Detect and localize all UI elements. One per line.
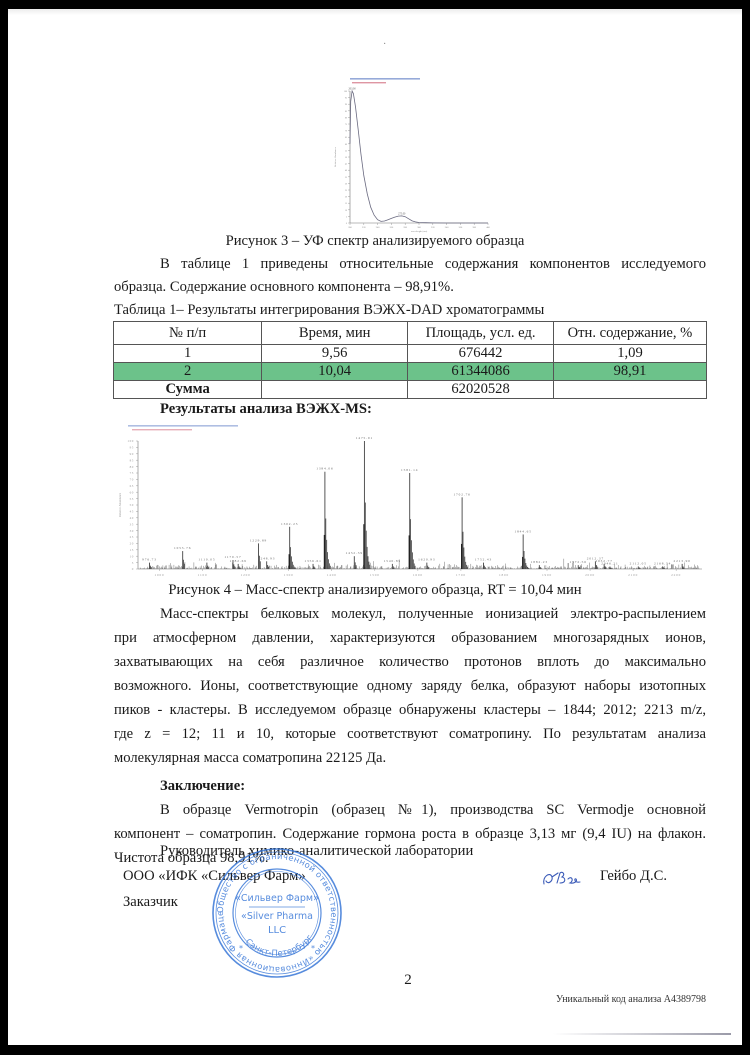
- svg-text:40: 40: [345, 170, 348, 172]
- cell-time: [262, 381, 408, 399]
- svg-text:203.00: 203.00: [348, 88, 356, 91]
- signature-name: Гейбо Д.С.: [600, 865, 667, 888]
- svg-text:2200: 2200: [671, 573, 681, 577]
- cell-number: 2: [114, 363, 262, 381]
- cell-content: 1,09: [554, 345, 707, 363]
- svg-text:35: 35: [345, 177, 348, 179]
- svg-text:2046.21: 2046.21: [601, 561, 618, 565]
- svg-text:200: 200: [348, 226, 352, 229]
- top-mark: ·: [383, 33, 386, 56]
- ms-paragraph-line1: Масс-спектры белковых молекул, полученны…: [160, 603, 706, 626]
- svg-text:95: 95: [130, 446, 134, 450]
- svg-text:400: 400: [486, 226, 490, 229]
- svg-text:100: 100: [127, 439, 134, 443]
- ms-paragraph-line3: захватывающих на себя различное количест…: [114, 651, 706, 674]
- svg-text:1972.56: 1972.56: [570, 560, 587, 564]
- svg-text:1844.65: 1844.65: [514, 529, 531, 533]
- ms-paragraph-line2: при атмосферном давлении, характеризуютс…: [114, 627, 706, 650]
- svg-text:1384.06: 1384.06: [316, 467, 333, 471]
- svg-text:1053.76: 1053.76: [174, 546, 191, 550]
- figure3-caption: Рисунок 3 – УФ спектр анализируемого обр…: [8, 230, 742, 253]
- svg-text:1475.91: 1475.91: [356, 436, 373, 440]
- svg-text:220: 220: [362, 226, 366, 229]
- footer-divider: [553, 1033, 731, 1035]
- svg-text:1400: 1400: [327, 573, 337, 577]
- conclusion-line1: В образце Vermotropin (образец №1), прои…: [160, 799, 706, 822]
- header-cell-time: Время, мин: [262, 322, 408, 345]
- document-page: · 05101520253035404550556065707580859095…: [8, 9, 742, 1045]
- svg-text:976.73: 976.73: [142, 558, 157, 562]
- svg-text:320: 320: [431, 226, 435, 229]
- company-stamp: Общество с ограниченной ответственностью…: [211, 847, 343, 979]
- svg-text:25: 25: [130, 535, 134, 539]
- stamp-inner-line3: LLC: [268, 925, 286, 936]
- stamp-star-icon: *: [239, 944, 243, 953]
- svg-text:1200: 1200: [241, 573, 251, 577]
- svg-text:70: 70: [345, 131, 348, 133]
- svg-text:15: 15: [130, 548, 134, 552]
- header-cell-number: № п/п: [114, 322, 262, 345]
- svg-text:2168.54: 2168.54: [654, 561, 671, 565]
- svg-text:1100: 1100: [198, 573, 208, 577]
- svg-text:380: 380: [472, 226, 476, 229]
- svg-text:85: 85: [345, 111, 348, 113]
- svg-text:1248.93: 1248.93: [258, 556, 275, 560]
- svg-text:5: 5: [132, 561, 134, 565]
- svg-text:65: 65: [345, 137, 348, 139]
- svg-text:20: 20: [345, 197, 348, 199]
- table-row: 1 9,56 676442 1,09: [114, 345, 707, 363]
- ms-paragraph-line7: молекулярная масса соматропина 22125 Да.: [114, 747, 386, 770]
- svg-text:Relative Abundance: Relative Abundance: [118, 492, 122, 517]
- svg-text:1752.43: 1752.43: [475, 558, 492, 562]
- svg-text:40: 40: [130, 516, 134, 520]
- svg-text:55: 55: [130, 497, 134, 501]
- header-cell-content: Отн. содержание, %: [554, 322, 707, 345]
- svg-text:90: 90: [345, 104, 348, 106]
- svg-text:2112.05: 2112.05: [630, 561, 647, 565]
- svg-text:340: 340: [445, 226, 449, 229]
- svg-text:280: 280: [403, 226, 407, 229]
- results-table: № п/п Время, мин Площадь, усл. ед. Отн. …: [113, 321, 707, 399]
- svg-text:30: 30: [130, 529, 134, 533]
- svg-text:10: 10: [130, 554, 134, 558]
- ms-paragraph-line6: где z = 12; 11 и 10, которые соответству…: [114, 723, 706, 746]
- svg-text:55: 55: [345, 150, 348, 152]
- svg-text:275.00: 275.00: [398, 212, 406, 215]
- intro-line1: В таблице 1 приведены относительные соде…: [160, 253, 706, 276]
- svg-text:1540.85: 1540.85: [384, 559, 401, 563]
- table-header-row: № п/п Время, мин Площадь, усл. ед. Отн. …: [114, 322, 707, 345]
- svg-text:240: 240: [376, 226, 380, 229]
- ms-paragraph-line5: пиков - кластеры. В исследуемом образце …: [114, 699, 706, 722]
- unique-analysis-code: Уникальный код анализа А4389798: [556, 994, 706, 1005]
- stamp-inner-line2: «Silver Pharma: [241, 911, 313, 922]
- svg-text:60: 60: [345, 144, 348, 146]
- ms-paragraph-line4: возможного. Ионы, соответствующие одному…: [114, 675, 706, 698]
- svg-text:45: 45: [345, 164, 348, 166]
- customer-label: Заказчик: [123, 891, 178, 914]
- svg-text:1302.25: 1302.25: [281, 522, 298, 526]
- svg-text:1182.69: 1182.69: [230, 559, 247, 563]
- cell-number: 1: [114, 345, 262, 363]
- mass-spectrum-chart: 0510152025303540455055606570758085909510…: [114, 421, 708, 581]
- svg-text:Санкт-Петербург: Санкт-Петербург: [243, 933, 316, 959]
- signature-scribble: [540, 869, 584, 889]
- svg-text:80: 80: [130, 465, 134, 469]
- svg-text:10: 10: [345, 210, 348, 212]
- uv-spectrum-chart: 0510152025303540455055606570758085909510…: [330, 75, 496, 235]
- svg-text:45: 45: [130, 510, 134, 514]
- svg-text:300: 300: [417, 226, 421, 229]
- cell-content: 98,91: [554, 363, 707, 381]
- table-row-total: Сумма 62020528: [114, 381, 707, 399]
- svg-text:50: 50: [345, 157, 348, 159]
- svg-text:1110.05: 1110.05: [198, 558, 215, 562]
- svg-text:1000: 1000: [155, 573, 165, 577]
- cell-area: 676442: [408, 345, 554, 363]
- svg-text:25: 25: [345, 190, 348, 192]
- table1-title: Таблица 1– Результаты интегрирования ВЭЖ…: [114, 299, 544, 322]
- svg-text:1900: 1900: [542, 573, 552, 577]
- svg-text:35: 35: [130, 522, 134, 526]
- svg-text:1702.76: 1702.76: [453, 492, 470, 496]
- conclusion-heading: Заключение:: [160, 775, 245, 798]
- svg-text:1356.61: 1356.61: [304, 559, 321, 563]
- svg-text:50: 50: [130, 503, 134, 507]
- cell-total-label: Сумма: [114, 381, 262, 399]
- svg-text:1800: 1800: [499, 573, 509, 577]
- svg-text:0: 0: [346, 223, 348, 225]
- svg-text:1300: 1300: [284, 573, 294, 577]
- svg-text:0: 0: [132, 567, 134, 571]
- svg-text:360: 360: [459, 226, 463, 229]
- svg-text:80: 80: [345, 117, 348, 119]
- svg-text:Relative Absorbance: Relative Absorbance: [334, 147, 337, 167]
- stamp-city-text: Санкт-Петербург: [243, 933, 316, 959]
- svg-text:1600: 1600: [413, 573, 423, 577]
- figure4-caption: Рисунок 4 – Масс-спектр анализируемого о…: [8, 579, 742, 602]
- cell-total-area: 62020528: [408, 381, 554, 399]
- svg-text:1882.23: 1882.23: [531, 560, 548, 564]
- svg-text:15: 15: [345, 203, 348, 205]
- svg-text:1229.89: 1229.89: [250, 538, 267, 542]
- cell-time: 10,04: [262, 363, 408, 381]
- table-row-highlighted: 2 10,04 61344086 98,91: [114, 363, 707, 381]
- stamp-inner-line1: «Сильвер Фарм»: [235, 893, 319, 904]
- svg-text:65: 65: [130, 484, 134, 488]
- cell-area: 61344086: [408, 363, 554, 381]
- intro-line2: образца. Содержание основного компонента…: [114, 276, 454, 299]
- svg-text:1581.14: 1581.14: [401, 468, 418, 472]
- svg-text:75: 75: [345, 124, 348, 126]
- ms-heading: Результаты анализа ВЭЖХ-MS:: [160, 400, 372, 418]
- page-number: 2: [8, 969, 742, 992]
- svg-text:20: 20: [130, 542, 134, 546]
- svg-text:5: 5: [346, 216, 348, 218]
- cell-time: 9,56: [262, 345, 408, 363]
- svg-text:95: 95: [345, 98, 348, 100]
- svg-text:2100: 2100: [628, 573, 638, 577]
- svg-text:85: 85: [130, 458, 134, 462]
- svg-text:75: 75: [130, 471, 134, 475]
- svg-text:1620.93: 1620.93: [418, 558, 435, 562]
- svg-text:2000: 2000: [585, 573, 595, 577]
- svg-text:1500: 1500: [370, 573, 380, 577]
- svg-text:1452.39: 1452.39: [346, 551, 363, 555]
- stamp-star-icon: *: [311, 944, 315, 953]
- svg-text:70: 70: [130, 478, 134, 482]
- svg-text:60: 60: [130, 490, 134, 494]
- svg-text:2213.90: 2213.90: [673, 559, 690, 563]
- svg-text:260: 260: [390, 226, 394, 229]
- svg-text:100: 100: [344, 91, 348, 93]
- svg-text:30: 30: [345, 183, 348, 185]
- header-cell-area: Площадь, усл. ед.: [408, 322, 554, 345]
- svg-text:90: 90: [130, 452, 134, 456]
- cell-content: [554, 381, 707, 399]
- svg-text:1700: 1700: [456, 573, 466, 577]
